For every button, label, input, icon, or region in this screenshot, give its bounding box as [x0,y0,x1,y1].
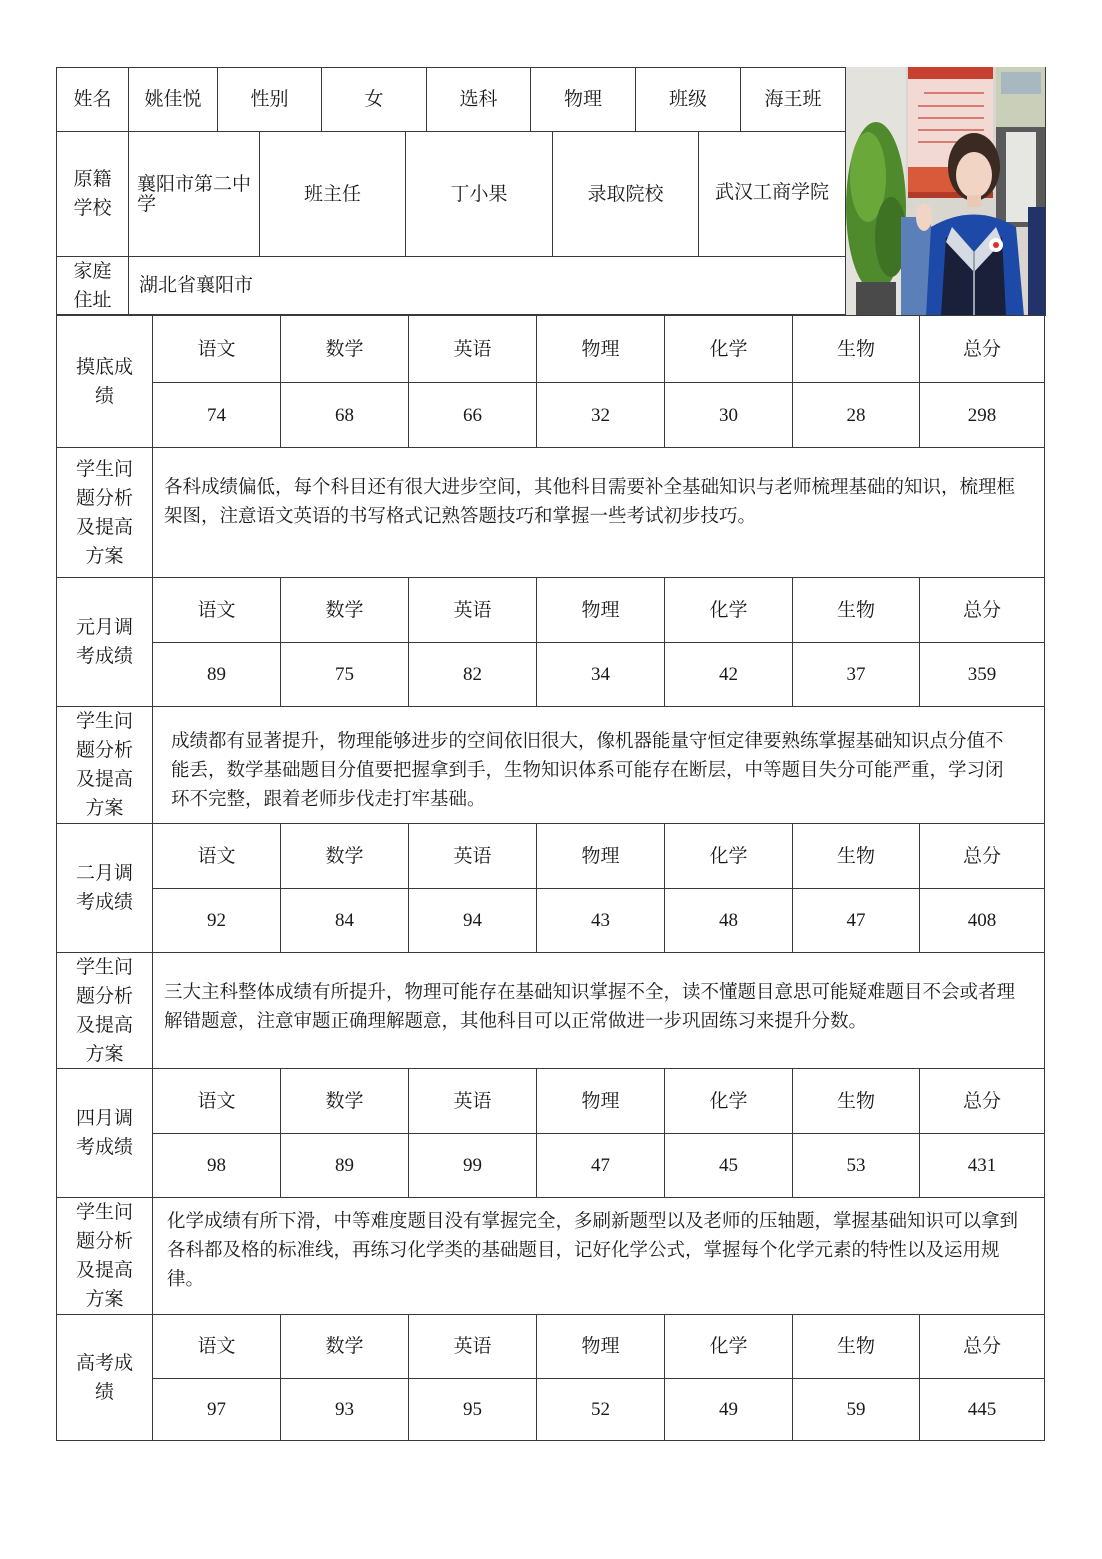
subject-header-text: 英语 [453,1332,491,1361]
subject-choice-value: 物理 [530,67,636,132]
subject-header-biology: 生物 [792,1314,920,1379]
score-physics: 47 [536,1133,665,1198]
score-chemistry: 45 [664,1133,793,1198]
score-text: 48 [719,906,738,935]
subject-header-chinese: 语文 [152,823,281,889]
score-math: 89 [280,1133,409,1198]
subject-header-physics: 物理 [536,577,665,643]
score-text: 408 [968,906,997,935]
exam-label-baseline: 摸底成 绩 [56,315,153,448]
score-english: 66 [408,382,537,448]
score-biology: 47 [792,888,920,953]
subject-header-text: 总分 [963,335,1001,364]
subject-header-math: 数学 [280,1068,409,1134]
score-text: 84 [335,906,354,935]
subject-header-physics: 物理 [536,315,665,383]
name-value-text: 姚佳悦 [144,85,201,114]
student-photo-icon [846,67,1045,316]
subject-choice-label-text: 选科 [459,85,497,114]
name-label: 姓名 [56,67,129,132]
score-chinese: 98 [152,1133,281,1198]
score-biology: 37 [792,642,920,707]
subject-choice-value-text: 物理 [564,85,602,114]
score-physics: 32 [536,382,665,448]
class-value-text: 海王班 [764,85,821,114]
exam-label-text: 四月调 考成绩 [76,1104,133,1162]
origin-school-label: 原籍 学校 [56,131,129,257]
subject-header-text: 总分 [963,1087,1001,1116]
address-value-text: 湖北省襄阳市 [139,271,253,300]
score-text: 89 [207,660,226,689]
subject-header-text: 语文 [197,335,235,364]
score-chemistry: 42 [664,642,793,707]
score-text: 52 [591,1395,610,1424]
score-text: 74 [207,401,226,430]
score-text: 92 [207,906,226,935]
subject-header-text: 物理 [581,842,619,871]
score-text: 66 [463,401,482,430]
subject-header-text: 英语 [453,596,491,625]
score-math: 84 [280,888,409,953]
score-text: 445 [968,1395,997,1424]
score-english: 82 [408,642,537,707]
subject-header-text: 化学 [709,596,747,625]
head-teacher-value-text: 丁小果 [450,180,507,209]
score-english: 99 [408,1133,537,1198]
subject-header-biology: 生物 [792,315,920,383]
subject-header-chemistry: 化学 [664,577,793,643]
score-chinese: 97 [152,1378,281,1441]
score-biology: 59 [792,1378,920,1441]
score-total: 298 [919,382,1045,448]
subject-header-chemistry: 化学 [664,823,793,889]
exam-label-text: 高考成 绩 [76,1349,133,1407]
score-chinese: 89 [152,642,281,707]
class-label: 班级 [635,67,741,132]
score-math: 68 [280,382,409,448]
score-text: 47 [591,1151,610,1180]
subject-header-text: 语文 [197,1332,235,1361]
subject-header-text: 数学 [325,596,363,625]
subject-header-english: 英语 [408,577,537,643]
subject-header-total: 总分 [919,1314,1045,1379]
exam-label-gaokao: 高考成 绩 [56,1314,153,1441]
address-label: 家庭 住址 [56,256,129,315]
subject-choice-label: 选科 [426,67,531,132]
score-text: 68 [335,401,354,430]
subject-header-text: 语文 [197,1087,235,1116]
admitted-college-label-text: 录取院校 [587,180,663,209]
score-english: 95 [408,1378,537,1441]
subject-header-total: 总分 [919,315,1045,383]
address-value: 湖北省襄阳市 [128,256,846,315]
subject-header-physics: 物理 [536,823,665,889]
score-text: 431 [968,1151,997,1180]
subject-header-text: 数学 [325,842,363,871]
analysis-text-baseline: 各科成绩偏低，每个科目还有很大进步空间，其他科目需要补全基础知识与老师梳理基础的… [152,447,1045,578]
subject-header-math: 数学 [280,315,409,383]
score-biology: 53 [792,1133,920,1198]
origin-school-value-text: 襄阳市第二中学 [137,174,251,214]
admitted-college-value-text: 武汉工商学院 [715,178,829,207]
subject-header-text: 数学 [325,1087,363,1116]
score-text: 28 [847,401,866,430]
subject-header-chemistry: 化学 [664,315,793,383]
subject-header-text: 生物 [837,335,875,364]
score-text: 75 [335,660,354,689]
score-text: 37 [847,660,866,689]
subject-header-text: 生物 [837,842,875,871]
score-chemistry: 30 [664,382,793,448]
subject-header-text: 总分 [963,596,1001,625]
address-label-text: 家庭 住址 [73,257,111,315]
subject-header-text: 总分 [963,842,1001,871]
score-text: 59 [847,1395,866,1424]
exam-label-january: 元月调 考成绩 [56,577,153,707]
class-label-text: 班级 [669,85,707,114]
score-physics: 52 [536,1378,665,1441]
analysis-label-text: 学生问 题分析 及提高 方案 [76,953,133,1069]
subject-header-english: 英语 [408,315,537,383]
analysis-text: 三大主科整体成绩有所提升，物理可能存在基础知识掌握不全，读不懂题目意思可能疑难题… [164,982,1015,1032]
admitted-college-label: 录取院校 [552,131,699,257]
head-teacher-label: 班主任 [259,131,406,257]
gender-label-text: 性别 [250,85,288,114]
analysis-text-february: 三大主科整体成绩有所提升，物理可能存在基础知识掌握不全，读不懂题目意思可能疑难题… [152,952,1045,1069]
analysis-text-january: 成绩都有显著提升，物理能够进步的空间依旧很大，像机器能量守恒定律要熟练掌握基础知… [152,706,1045,824]
subject-header-chemistry: 化学 [664,1068,793,1134]
subject-header-chinese: 语文 [152,1314,281,1379]
analysis-label: 学生问 题分析 及提高 方案 [56,447,153,578]
gender-value: 女 [321,67,427,132]
name-label-text: 姓名 [73,85,111,114]
subject-header-text: 物理 [581,1332,619,1361]
subject-header-text: 物理 [581,1087,619,1116]
subject-header-physics: 物理 [536,1314,665,1379]
exam-label-text: 摸底成 绩 [76,353,133,411]
score-chinese: 92 [152,888,281,953]
score-total: 359 [919,642,1045,707]
subject-header-biology: 生物 [792,823,920,889]
subject-header-english: 英语 [408,1068,537,1134]
subject-header-chinese: 语文 [152,577,281,643]
subject-header-physics: 物理 [536,1068,665,1134]
score-chemistry: 48 [664,888,793,953]
gender-label: 性别 [217,67,322,132]
score-text: 298 [968,401,997,430]
subject-header-text: 语文 [197,596,235,625]
score-chinese: 74 [152,382,281,448]
score-physics: 34 [536,642,665,707]
score-text: 43 [591,906,610,935]
score-text: 82 [463,660,482,689]
score-total: 431 [919,1133,1045,1198]
score-biology: 28 [792,382,920,448]
score-chemistry: 49 [664,1378,793,1441]
subject-header-chinese: 语文 [152,1068,281,1134]
subject-header-chinese: 语文 [152,315,281,383]
subject-header-text: 化学 [709,1087,747,1116]
analysis-text: 化学成绩有所下滑，中等难度题目没有掌握完全，多刷新题型以及老师的压轴题，掌握基础… [167,1211,1018,1290]
name-value: 姚佳悦 [128,67,218,132]
analysis-label: 学生问 题分析 及提高 方案 [56,1197,153,1315]
analysis-label-text: 学生问 题分析 及提高 方案 [76,707,133,823]
score-text: 359 [968,660,997,689]
score-total: 408 [919,888,1045,953]
score-total: 445 [919,1378,1045,1441]
analysis-text: 各科成绩偏低，每个科目还有很大进步空间，其他科目需要补全基础知识与老师梳理基础的… [164,477,1015,527]
subject-header-text: 英语 [453,1087,491,1116]
subject-header-text: 生物 [837,596,875,625]
score-physics: 43 [536,888,665,953]
analysis-label: 学生问 题分析 及提高 方案 [56,952,153,1069]
subject-header-english: 英语 [408,823,537,889]
subject-header-text: 英语 [453,842,491,871]
subject-header-math: 数学 [280,1314,409,1379]
exam-label-april: 四月调 考成绩 [56,1068,153,1198]
subject-header-text: 生物 [837,1332,875,1361]
score-text: 53 [847,1151,866,1180]
origin-school-value: 襄阳市第二中学 [128,131,260,257]
subject-header-text: 化学 [709,842,747,871]
score-math: 93 [280,1378,409,1441]
subject-header-text: 语文 [197,842,235,871]
subject-header-text: 物理 [581,596,619,625]
score-text: 47 [847,906,866,935]
subject-header-total: 总分 [919,577,1045,643]
subject-header-math: 数学 [280,823,409,889]
score-text: 32 [591,401,610,430]
score-text: 93 [335,1395,354,1424]
score-math: 75 [280,642,409,707]
subject-header-text: 数学 [325,1332,363,1361]
subject-header-english: 英语 [408,1314,537,1379]
origin-school-label-text: 原籍 学校 [73,165,111,223]
subject-header-chemistry: 化学 [664,1314,793,1379]
subject-header-biology: 生物 [792,577,920,643]
score-text: 42 [719,660,738,689]
subject-header-text: 物理 [581,335,619,364]
score-text: 89 [335,1151,354,1180]
analysis-text: 成绩都有显著提升，物理能够进步的空间依旧很大，像机器能量守恒定律要熟练掌握基础知… [171,731,1004,810]
subject-header-text: 总分 [963,1332,1001,1361]
subject-header-text: 生物 [837,1087,875,1116]
exam-label-text: 元月调 考成绩 [76,613,133,671]
score-english: 94 [408,888,537,953]
student-photo [846,67,1046,316]
score-text: 45 [719,1151,738,1180]
analysis-label-text: 学生问 题分析 及提高 方案 [76,455,133,571]
head-teacher-label-text: 班主任 [304,180,361,209]
score-text: 98 [207,1151,226,1180]
subject-header-total: 总分 [919,823,1045,889]
subject-header-text: 英语 [453,335,491,364]
analysis-text-april: 化学成绩有所下滑，中等难度题目没有掌握完全，多刷新题型以及老师的压轴题，掌握基础… [152,1197,1045,1315]
score-text: 99 [463,1151,482,1180]
class-value: 海王班 [740,67,846,132]
analysis-label-text: 学生问 题分析 及提高 方案 [76,1198,133,1314]
exam-label-text: 二月调 考成绩 [76,859,133,917]
score-text: 49 [719,1395,738,1424]
score-text: 34 [591,660,610,689]
score-text: 97 [207,1395,226,1424]
subject-header-text: 化学 [709,335,747,364]
head-teacher-value: 丁小果 [405,131,553,257]
gender-value-text: 女 [364,85,383,114]
score-text: 94 [463,906,482,935]
admitted-college-value: 武汉工商学院 [698,131,846,257]
score-text: 30 [719,401,738,430]
subject-header-text: 数学 [325,335,363,364]
score-text: 95 [463,1395,482,1424]
subject-header-biology: 生物 [792,1068,920,1134]
subject-header-total: 总分 [919,1068,1045,1134]
exam-label-february: 二月调 考成绩 [56,823,153,953]
subject-header-text: 化学 [709,1332,747,1361]
subject-header-math: 数学 [280,577,409,643]
analysis-label: 学生问 题分析 及提高 方案 [56,706,153,824]
